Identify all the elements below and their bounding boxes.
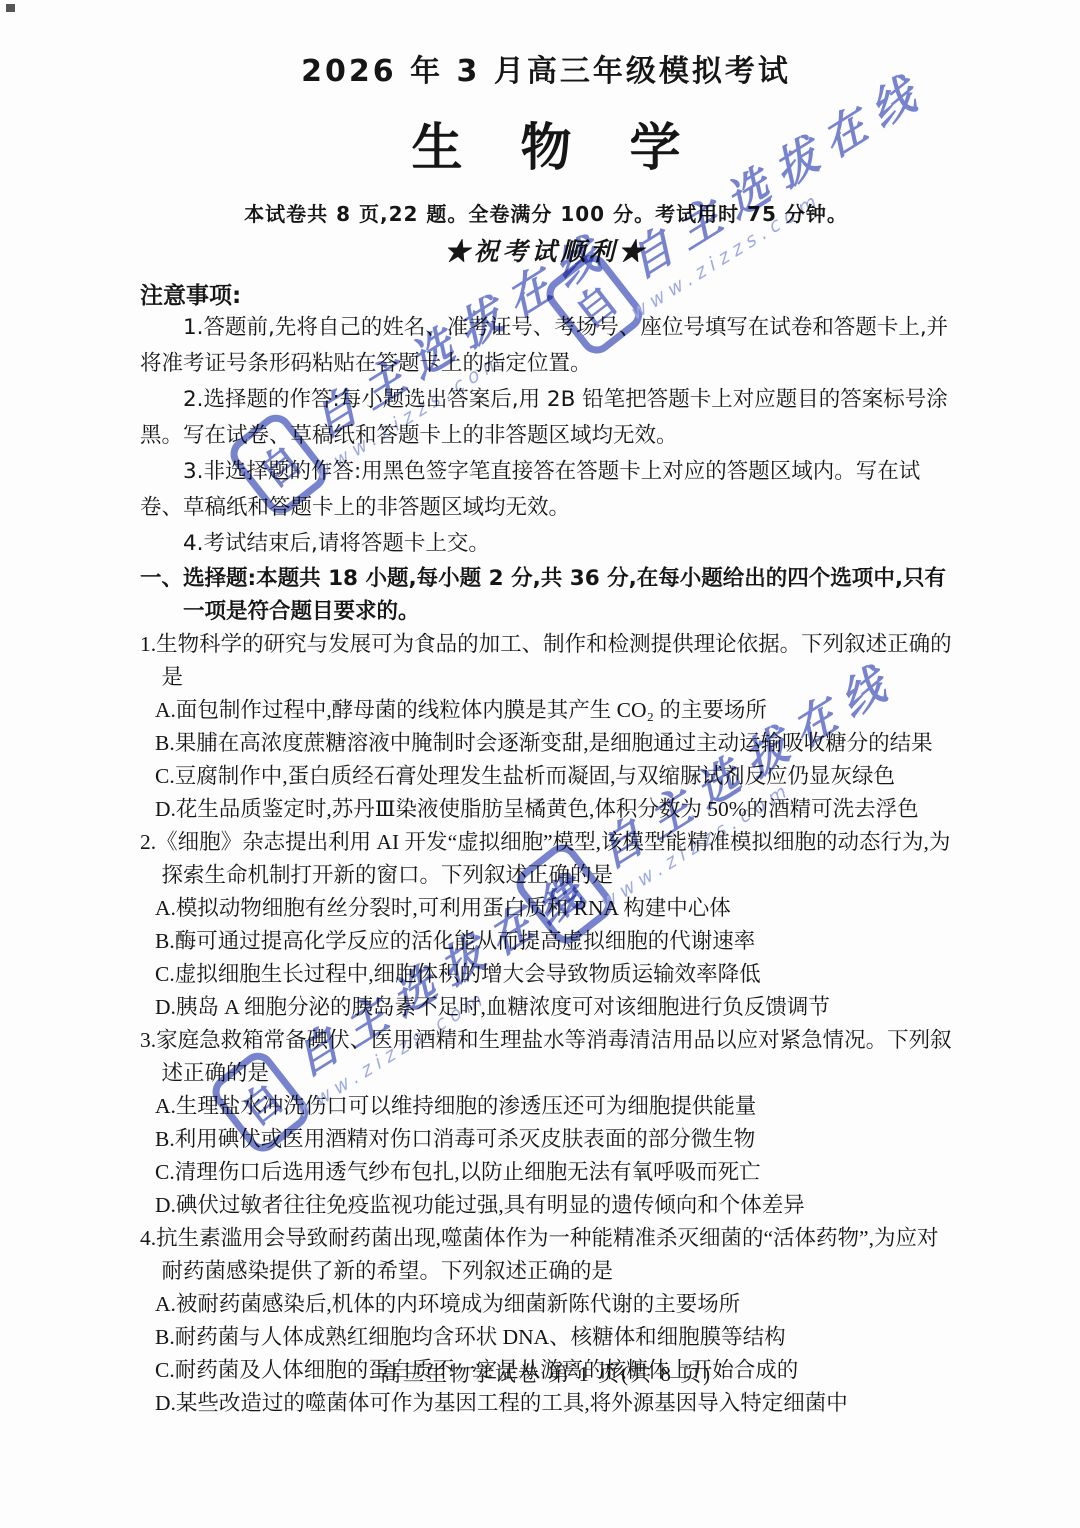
- exam-paper-page: 自 自主选拔在线 www.zizzs.com 自 自主选拔在线 www.zizz…: [0, 0, 1080, 1528]
- question-3-option-a: A.生理盐水冲洗伤口可以维持细胞的渗透压还可为细胞提供能量: [140, 1090, 952, 1123]
- question-4-option-b: B.耐药菌与人体成熟红细胞均含环状 DNA、核糖体和细胞膜等结构: [140, 1321, 952, 1354]
- paper-info-line: 本试卷共 8 页,22 题。全卷满分 100 分。考试用时 75 分钟。: [140, 198, 952, 227]
- notice-block: 注意事项: 1.答题前,先将自己的姓名、准考证号、考场号、座位号填写在试卷和答题…: [140, 277, 952, 562]
- notice-item-1: 1.答题前,先将自己的姓名、准考证号、考场号、座位号填写在试卷和答题卡上,并将准…: [140, 310, 952, 382]
- exam-title: 2026 年 3 月高三年级模拟考试: [140, 46, 952, 90]
- notice-title: 注意事项:: [140, 277, 952, 310]
- question-2-stem: 2.《细胞》杂志提出利用 AI 开发“虚拟细胞”模型,该模型能精准模拟细胞的动态…: [140, 826, 952, 892]
- page-footer: 高三生物学试卷 第 1 页(共 8 页): [140, 1358, 952, 1388]
- subject-title: 生物学: [140, 106, 952, 180]
- question-1-option-d: D.花生品质鉴定时,苏丹Ⅲ染液使脂肪呈橘黄色,体积分数为 50%的酒精可洗去浮色: [140, 793, 952, 826]
- question-4-option-d: D.某些改造过的噬菌体可作为基因工程的工具,将外源基因导入特定细菌中: [140, 1387, 952, 1420]
- question-2-option-d: D.胰岛 A 细胞分泌的胰岛素不足时,血糖浓度可对该细胞进行负反馈调节: [140, 991, 952, 1024]
- question-4-stem: 4.抗生素滥用会导致耐药菌出现,噬菌体作为一种能精准杀灭细菌的“活体药物”,为应…: [140, 1222, 952, 1288]
- notice-item-3: 3.非选择题的作答:用黑色签字笔直接答在答题卡上对应的答题区域内。写在试卷、草稿…: [140, 454, 952, 526]
- question-4: 4.抗生素滥用会导致耐药菌出现,噬菌体作为一种能精准杀灭细菌的“活体药物”,为应…: [140, 1222, 952, 1420]
- notice-item-4: 4.考试结束后,请将答题卡上交。: [140, 526, 952, 562]
- question-2-option-a: A.模拟动物细胞有丝分裂时,可利用蛋白质和 RNA 构建中心体: [140, 892, 952, 925]
- question-1-option-c: C.豆腐制作中,蛋白质经石膏处理发生盐析而凝固,与双缩脲试剂反应仍显灰绿色: [140, 760, 952, 793]
- question-1-stem: 1.生物科学的研究与发展可为食品的加工、制作和检测提供理论依据。下列叙述正确的是: [140, 628, 952, 694]
- question-1: 1.生物科学的研究与发展可为食品的加工、制作和检测提供理论依据。下列叙述正确的是…: [140, 628, 952, 826]
- question-3-option-b: B.利用碘伏或医用酒精对伤口消毒可杀灭皮肤表面的部分微生物: [140, 1123, 952, 1156]
- question-3-stem: 3.家庭急救箱常备碘伏、医用酒精和生理盐水等消毒清洁用品以应对紧急情况。下列叙述…: [140, 1024, 952, 1090]
- question-1-option-a: A.面包制作过程中,酵母菌的线粒体内膜是其产生 CO₂ 的主要场所: [140, 694, 952, 727]
- scan-artifact: [6, 4, 15, 12]
- question-2-option-b: B.酶可通过提高化学反应的活化能从而提高虚拟细胞的代谢速率: [140, 925, 952, 958]
- question-1-option-b: B.果脯在高浓度蔗糖溶液中腌制时会逐渐变甜,是细胞通过主动运输吸收糖分的结果: [140, 727, 952, 760]
- question-4-option-a: A.被耐药菌感染后,机体的内环境成为细菌新陈代谢的主要场所: [140, 1288, 952, 1321]
- question-3-option-d: D.碘伏过敏者往往免疫监视功能过强,具有明显的遗传倾向和个体差异: [140, 1189, 952, 1222]
- question-3-option-c: C.清理伤口后选用透气纱布包扎,以防止细胞无法有氧呼吸而死亡: [140, 1156, 952, 1189]
- section-1-heading: 一、选择题:本题共 18 小题,每小题 2 分,共 36 分,在每小题给出的四个…: [140, 562, 952, 628]
- question-2: 2.《细胞》杂志提出利用 AI 开发“虚拟细胞”模型,该模型能精准模拟细胞的动态…: [140, 826, 952, 1024]
- paper-content: 2026 年 3 月高三年级模拟考试 生物学 本试卷共 8 页,22 题。全卷满…: [140, 46, 952, 1420]
- question-3: 3.家庭急救箱常备碘伏、医用酒精和生理盐水等消毒清洁用品以应对紧急情况。下列叙述…: [140, 1024, 952, 1222]
- question-2-option-c: C.虚拟细胞生长过程中,细胞体积的增大会导致物质运输效率降低: [140, 958, 952, 991]
- blessing-line: ★祝考试顺利★: [140, 232, 952, 268]
- notice-item-2: 2.选择题的作答:每小题选出答案后,用 2B 铅笔把答题卡上对应题目的答案标号涂…: [140, 382, 952, 454]
